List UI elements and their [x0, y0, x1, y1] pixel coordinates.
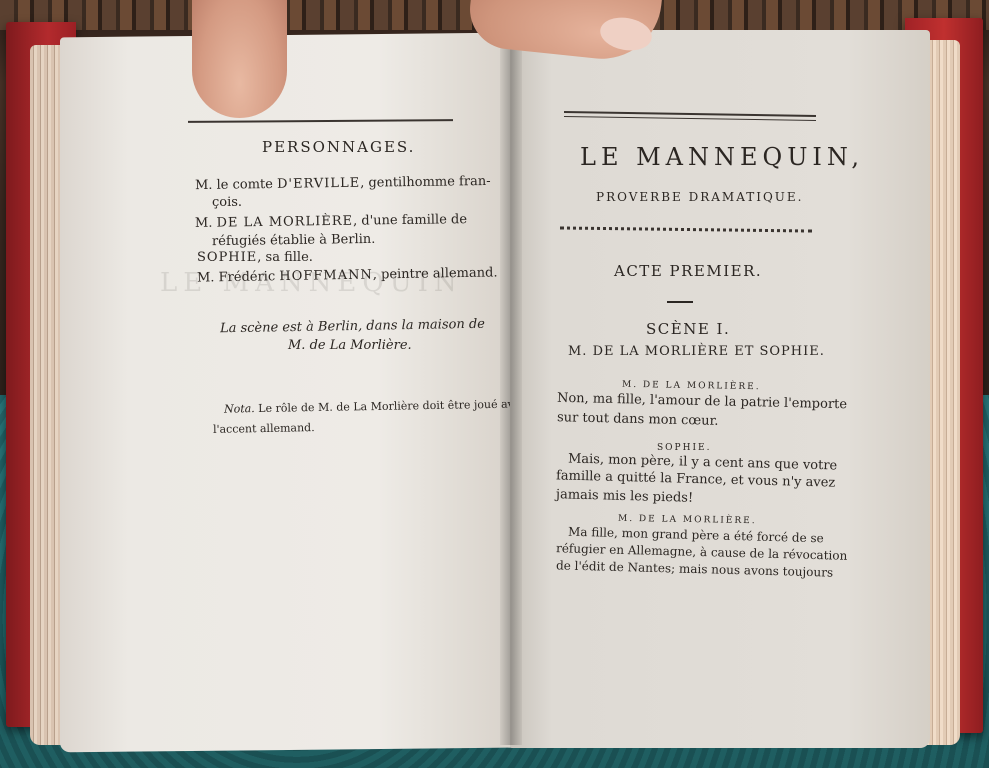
name-prefix: M.	[195, 216, 217, 231]
name-prefix: M. Frédéric	[197, 269, 280, 285]
name-prefix: M. le comte	[195, 177, 277, 193]
act-heading: ACTE PREMIER.	[614, 262, 762, 280]
scene-characters: M. DE LA MORLIÈRE ET SOPHIE.	[568, 344, 825, 359]
personnages-heading: PERSONNAGES.	[262, 138, 415, 156]
character-1-cont: çois.	[212, 193, 242, 212]
play-subtitle: PROVERBE DRAMATIQUE.	[596, 190, 803, 204]
setting-line-2: M. de La Morlière.	[288, 338, 412, 353]
dialogue-line: sur tout dans mon cœur.	[557, 409, 719, 430]
thumb	[192, 0, 287, 118]
character-desc: , peintre allemand.	[373, 265, 498, 282]
nota-label: Nota.	[224, 402, 255, 416]
character-desc: , d'une famille de	[353, 212, 467, 229]
scene-heading: SCÈNE I.	[646, 320, 730, 338]
nota-line-2: l'accent allemand.	[213, 421, 315, 436]
character-name: DE LA MORLIÈRE	[216, 214, 353, 231]
dialogue-line: jamais mis les pieds!	[556, 486, 694, 507]
speaker-label: SOPHIE.	[657, 443, 711, 453]
character-desc: , sa fille.	[257, 250, 313, 265]
short-rule	[667, 301, 693, 303]
play-title: LE MANNEQUIN,	[580, 143, 864, 171]
character-3: SOPHIE, sa fille.	[197, 248, 313, 267]
character-name: D'ERVILLE	[277, 176, 360, 192]
character-desc: , gentilhomme fran-	[360, 174, 491, 191]
character-name: SOPHIE	[197, 250, 257, 265]
character-name: HOFFMANN	[279, 268, 373, 285]
book-gutter	[500, 30, 522, 745]
